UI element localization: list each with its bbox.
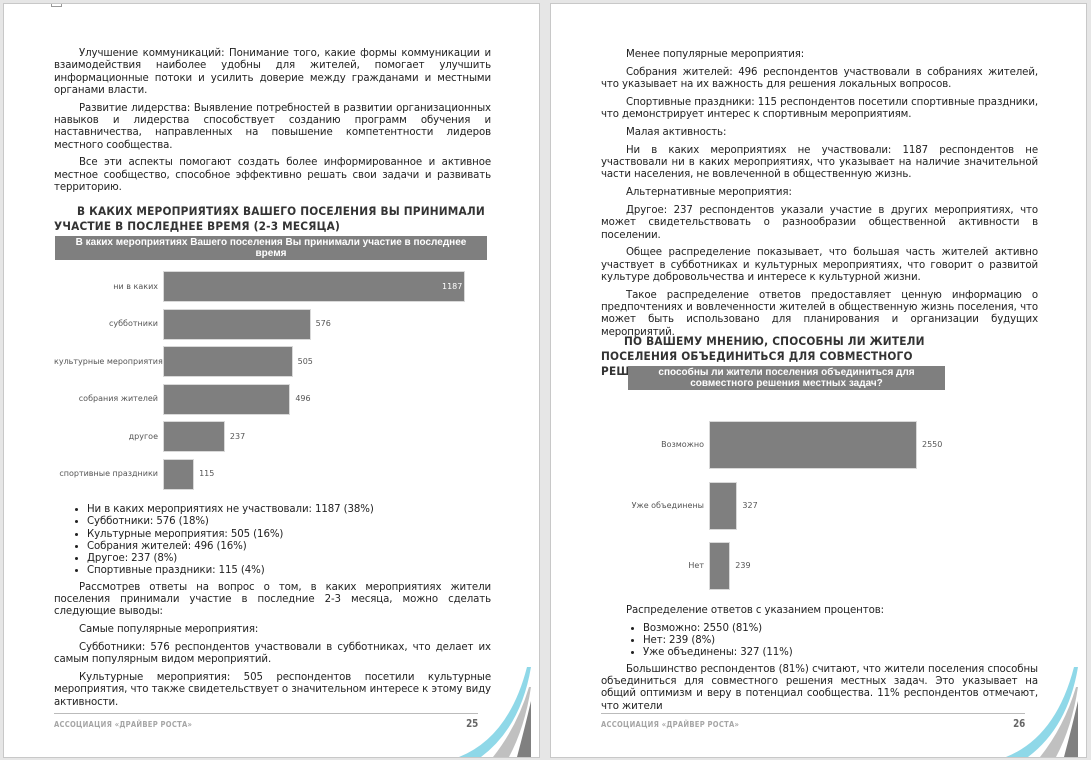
page-footer: АССОЦИАЦИЯ «ДРАЙВЕР РОСТА» 25 (54, 713, 478, 714)
paragraph-cultural: Культурные мероприятия: 505 респондентов… (54, 672, 491, 709)
paragraph-subbotniki: Субботники: 576 респондентов участвовали… (54, 642, 491, 667)
unite-bullet-list: Возможно: 2550 (81%) Нет: 239 (8%) Уже о… (601, 623, 1038, 660)
bullet-item: Уже объединены: 327 (11%) (643, 647, 1038, 659)
chart-title-unite: способны ли жители поселения объединитьс… (628, 366, 945, 390)
chart-events-participation: ни в каких1187субботники576культурные ме… (54, 262, 494, 494)
chart-bar (164, 460, 193, 489)
paragraph-summary: Все эти аспекты помогают создать более и… (54, 157, 491, 194)
bullet-item: Спортивные праздники: 115 (4%) (87, 565, 491, 577)
chart-bar (710, 543, 729, 589)
footer-organization: АССОЦИАЦИЯ «ДРАЙВЕР РОСТА» (54, 720, 192, 729)
chart-category-label: субботники (54, 319, 158, 328)
bullet-item: Субботники: 576 (18%) (87, 516, 491, 528)
chart-value-label: 115 (199, 469, 214, 478)
paragraph-meetings: Собрания жителей: 496 респондентов участ… (601, 67, 1038, 92)
right-page-content-bottom: Распределение ответов с указанием процен… (601, 605, 1038, 718)
footer-organization: АССОЦИАЦИЯ «ДРАЙВЕР РОСТА» (601, 720, 739, 729)
bullet-item: Другое: 237 (8%) (87, 553, 491, 565)
paragraph-conclusions-intro: Рассмотрев ответы на вопрос о том, в как… (54, 582, 491, 619)
document-page-left: Улучшение коммуникаций: Понимание того, … (3, 3, 540, 758)
chart-unite-ability: Возможно2550Уже объединены327Нет239 (601, 412, 1021, 592)
chart-bar (164, 347, 292, 376)
chart-value-label: 237 (230, 432, 245, 441)
chart-value-label: 327 (742, 501, 757, 510)
chart-category-label: Возможно (601, 440, 704, 449)
chart-category-label: Уже объединены (601, 501, 704, 510)
chart-category-label: другое (54, 432, 158, 441)
paragraph-low-activity: Малая активность: (601, 127, 1038, 139)
right-page-content: Менее популярные мероприятия: Собрания ж… (601, 49, 1038, 344)
bullet-item: Возможно: 2550 (81%) (643, 623, 1038, 635)
paragraph-less-popular: Менее популярные мероприятия: (601, 49, 1038, 61)
chart-value-label: 505 (298, 357, 313, 366)
events-bullet-list: Ни в каких мероприятиях не участвовали: … (54, 504, 491, 578)
chart-value-label: 239 (735, 561, 750, 570)
bullet-item: Культурные мероприятия: 505 (16%) (87, 529, 491, 541)
chart-category-label: культурные мероприятия (54, 357, 158, 366)
paragraph-other: Другое: 237 респондентов указали участие… (601, 205, 1038, 242)
paragraph-distribution: Общее распределение показывает, что боль… (601, 247, 1038, 284)
chart-value-label: 496 (295, 394, 310, 403)
chart-category-label: Нет (601, 561, 704, 570)
paragraph-none: Ни в каких мероприятиях не участвовали: … (601, 145, 1038, 182)
chart-bar (710, 483, 736, 529)
chart-value-label: 2550 (922, 440, 942, 449)
document-page-right: Менее популярные мероприятия: Собрания ж… (550, 3, 1087, 758)
page-corner-mark (51, 3, 62, 7)
chart-bar (164, 422, 224, 451)
chart-bar (164, 385, 289, 414)
chart-bar (164, 310, 310, 339)
chart-title-events: В каких мероприятиях Вашего поселения Вы… (55, 236, 487, 260)
bullet-item: Собрания жителей: 496 (16%) (87, 541, 491, 553)
paragraph-communication: Улучшение коммуникаций: Понимание того, … (54, 48, 491, 97)
decorative-swoosh-icon (1006, 667, 1086, 757)
paragraph-majority: Большинство респондентов (81%) считают, … (601, 664, 1038, 713)
chart-bar (164, 272, 464, 301)
chart-bar (710, 422, 916, 468)
chart-category-label: ни в каких (54, 282, 158, 291)
paragraph-distribution-intro: Распределение ответов с указанием процен… (601, 605, 1038, 617)
page-footer: АССОЦИАЦИЯ «ДРАЙВЕР РОСТА» 26 (601, 713, 1025, 714)
paragraph-sports: Спортивные праздники: 115 респондентов п… (601, 97, 1038, 122)
chart-category-label: собрания жителей (54, 394, 158, 403)
bullet-item: Ни в каких мероприятиях не участвовали: … (87, 504, 491, 516)
paragraph-value: Такое распределение ответов предоставляе… (601, 290, 1038, 339)
left-page-content: Улучшение коммуникаций: Понимание того, … (54, 48, 491, 200)
chart-value-label: 1187 (442, 282, 462, 291)
paragraph-alternative: Альтернативные мероприятия: (601, 187, 1038, 199)
chart-value-label: 576 (316, 319, 331, 328)
decorative-swoosh-icon (459, 667, 539, 757)
paragraph-leadership: Развитие лидерства: Выявление потребност… (54, 103, 491, 152)
section-heading-events: В каких мероприятиях Вашего поселения Вы… (54, 204, 491, 234)
left-page-content-bottom: Ни в каких мероприятиях не участвовали: … (54, 504, 491, 714)
bullet-item: Нет: 239 (8%) (643, 635, 1038, 647)
chart-category-label: спортивные праздники (54, 469, 158, 478)
paragraph-most-popular: Самые популярные мероприятия: (54, 624, 491, 636)
